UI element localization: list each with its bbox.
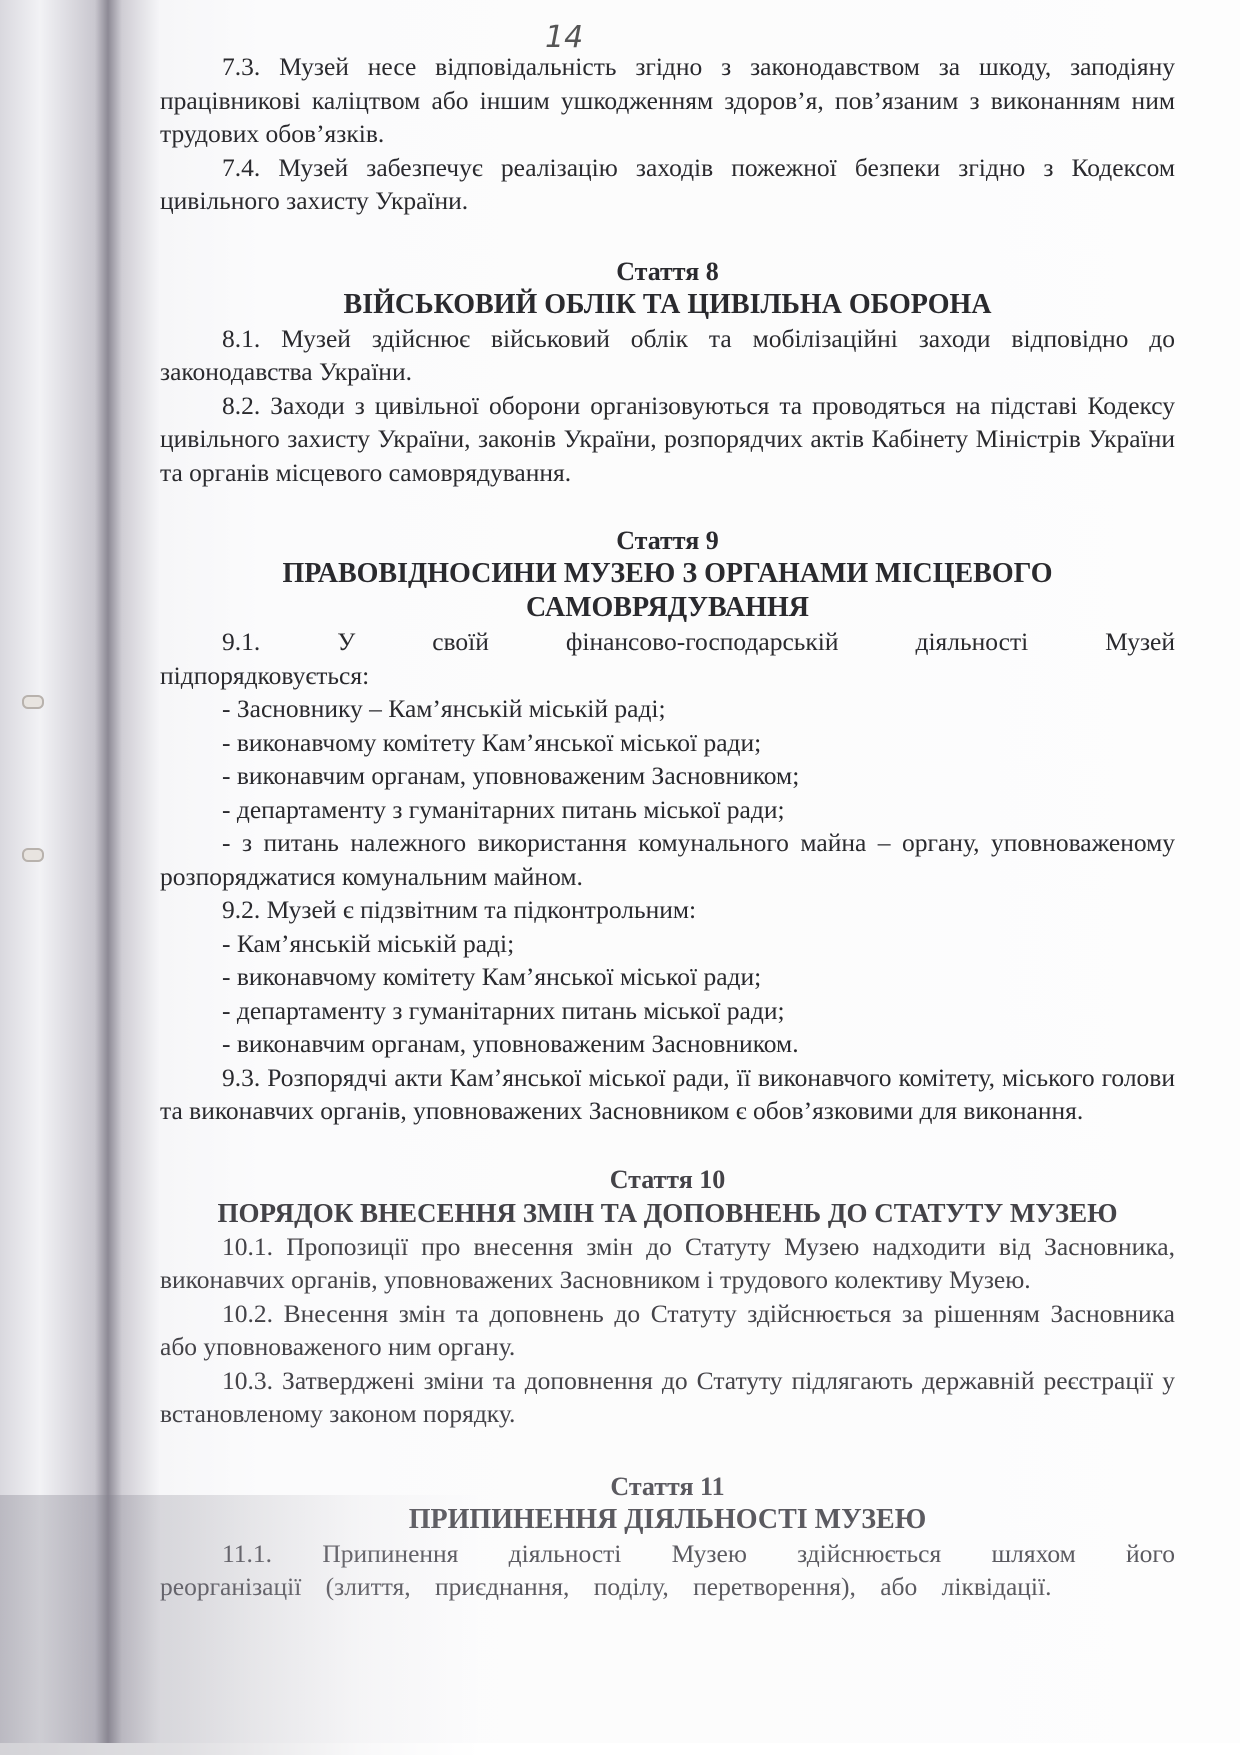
article-10-number: Стаття 10 — [160, 1164, 1175, 1196]
list-item: - Засновнику – Кам’янській міській раді; — [160, 692, 1175, 726]
paragraph-10-3: 10.3. Затверджені зміни та доповнення до… — [160, 1364, 1175, 1431]
paragraph-8-1: 8.1. Музей здійснює військовий облік та … — [160, 322, 1175, 389]
paragraph-9-3: 9.3. Розпорядчі акти Кам’янської міської… — [160, 1061, 1175, 1128]
list-item: - з питань належного використання комуна… — [160, 826, 1175, 893]
article-8-heading: Стаття 8 ВІЙСЬКОВИЙ ОБЛІК ТА ЦИВІЛЬНА ОБ… — [160, 256, 1175, 322]
article-9-title-line2: САМОВРЯДУВАННЯ — [160, 591, 1175, 625]
paragraph-10-2: 10.2. Внесення змін та доповнень до Стат… — [160, 1297, 1175, 1364]
paragraph-7-3: 7.3. Музей несе відповідальність згідно … — [160, 50, 1175, 151]
list-item: - виконавчому комітету Кам’янської міськ… — [160, 960, 1175, 994]
list-item: - виконавчому комітету Кам’янської міськ… — [160, 726, 1175, 760]
article-9-title-line1: ПРАВОВІДНОСИНИ МУЗЕЮ З ОРГАНАМИ МІСЦЕВОГ… — [160, 557, 1175, 591]
article-9-number: Стаття 9 — [160, 525, 1175, 557]
article-10-heading: Стаття 10 ПОРЯДОК ВНЕСЕННЯ ЗМІН ТА ДОПОВ… — [160, 1164, 1175, 1230]
paragraph-11-1: 11.1. Припинення діяльності Музею здійсн… — [160, 1537, 1175, 1604]
article-11-number: Стаття 11 — [160, 1471, 1175, 1503]
article-8-title: ВІЙСЬКОВИЙ ОБЛІК ТА ЦИВІЛЬНА ОБОРОНА — [160, 288, 1175, 322]
article-10-title: ПОРЯДОК ВНЕСЕННЯ ЗМІН ТА ДОПОВНЕНЬ ДО СТ… — [160, 1196, 1175, 1230]
list-item: - Кам’янській міській раді; — [160, 927, 1175, 961]
list-item: - департаменту з гуманітарних питань міс… — [160, 793, 1175, 827]
binding-staple — [22, 695, 44, 709]
article-11-title: ПРИПИНЕННЯ ДІЯЛЬНОСТІ МУЗЕЮ — [160, 1503, 1175, 1537]
paragraph-8-2: 8.2. Заходи з цивільної оборони організо… — [160, 389, 1175, 490]
document-body: 7.3. Музей несе відповідальність згідно … — [160, 50, 1175, 1604]
list-item: - виконавчим органам, уповноваженим Засн… — [160, 759, 1175, 793]
paragraph-7-4: 7.4. Музей забезпечує реалізацію заходів… — [160, 151, 1175, 218]
paragraph-9-2: 9.2. Музей є підзвітним та підконтрольни… — [160, 893, 1175, 927]
article-9-heading: Стаття 9 ПРАВОВІДНОСИНИ МУЗЕЮ З ОРГАНАМИ… — [160, 525, 1175, 625]
paragraph-9-1: 9.1. У своїй фінансово-господарській дія… — [160, 625, 1175, 692]
paragraph-10-1: 10.1. Пропозиції про внесення змін до Ст… — [160, 1230, 1175, 1297]
page-bottom-edge — [0, 1743, 1240, 1755]
scanned-page: 14 7.3. Музей несе відповідальність згід… — [0, 0, 1240, 1755]
article-8-number: Стаття 8 — [160, 256, 1175, 288]
list-item: - виконавчим органам, уповноваженим Засн… — [160, 1027, 1175, 1061]
binding-staple — [22, 848, 44, 862]
list-item: - департаменту з гуманітарних питань міс… — [160, 994, 1175, 1028]
article-11-heading: Стаття 11 ПРИПИНЕННЯ ДІЯЛЬНОСТІ МУЗЕЮ — [160, 1471, 1175, 1537]
